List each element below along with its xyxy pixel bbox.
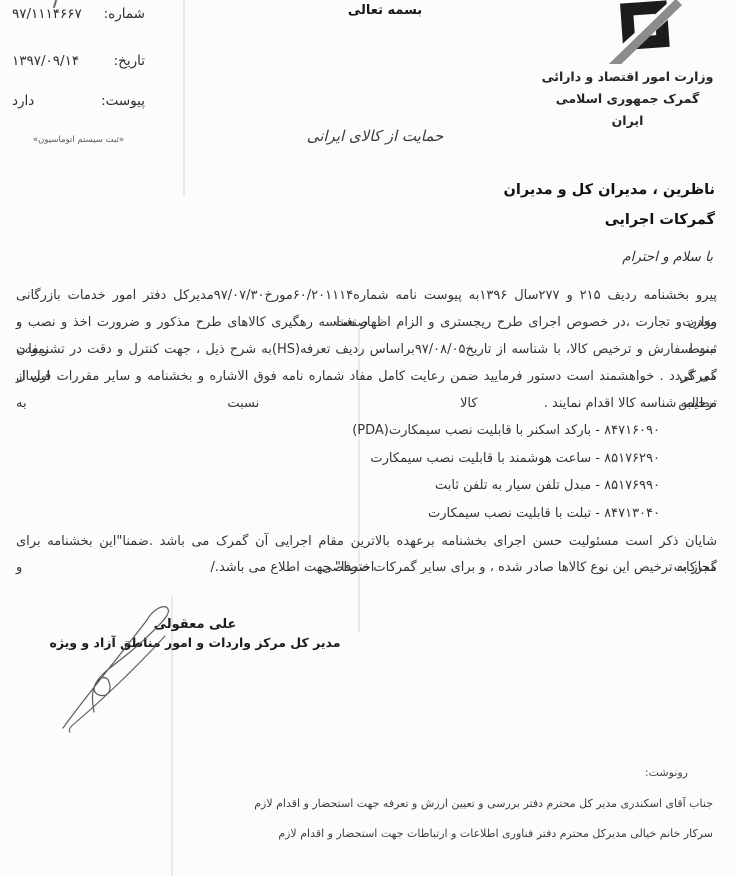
body-line: پیرو بخشنامه ردیف ۲۱۵ و ۲۷۷سال ۱۳۹۶به پی… <box>16 282 717 309</box>
organization-block: وزارت امور اقتصاد و دارائی گمرک جمهوری ا… <box>540 66 715 132</box>
signature-scribble <box>55 596 245 741</box>
organization-name: گمرک جمهوری اسلامی ایران <box>540 88 715 132</box>
ministry-name: وزارت امور اقتصاد و دارائی <box>540 66 715 88</box>
cc-line: جناب آقای اسکندری مدیر کل محترم دفتر برر… <box>254 789 713 819</box>
hs-code-item: ۸۴۷۱۶۰۹۰ - بارکد اسکنر با قابلیت نصب سیم… <box>352 417 660 445</box>
greeting-text: با سلام و احترام <box>622 249 713 265</box>
hs-code-item: ۸۵۱۷۶۲۹۰ - ساعت هوشمند با قابلیت نصب سیم… <box>352 445 660 473</box>
cc-list: جناب آقای اسکندری مدیر کل محترم دفتر برر… <box>254 789 713 849</box>
bismillah-heading: بسمه تعالی <box>330 3 440 18</box>
attachment-row: پیوست: دارد <box>12 93 145 113</box>
closing-line: شایان ذکر است مسئولیت حسن اجرای بخشنامه … <box>16 529 717 555</box>
cc-line: سرکار خانم خیالی مدیرکل محترم دفتر فناور… <box>254 819 713 849</box>
hs-code-item: ۸۵۱۷۶۹۹۰ - مبدل تلفن سیار به تلفن ثابت <box>352 472 660 500</box>
letter-body: پیرو بخشنامه ردیف ۲۱۵ و ۲۷۷سال ۱۳۹۶به پی… <box>16 282 717 417</box>
body-line: ثبت سفارش و ترخیص کالا، با شناسه از تاری… <box>16 336 717 363</box>
attachment-label: پیوست: <box>101 93 145 113</box>
letter-meta: شماره: ۹۷/۱۱۱۴۶۶۷ تاریخ: ۱۳۹۷/۰۹/۱۴ پیوس… <box>12 6 145 145</box>
recipient-block: ناظرین ، مدیران کل و مدیران گمرکات اجرای… <box>503 175 715 235</box>
hs-code-list: ۸۴۷۱۶۰۹۰ - بارکد اسکنر با قابلیت نصب سیم… <box>352 417 660 527</box>
number-value: ۹۷/۱۱۱۴۶۶۷ <box>12 6 82 26</box>
letter-page: شماره: ۹۷/۱۱۱۴۶۶۷ تاریخ: ۱۳۹۷/۰۹/۱۴ پیوس… <box>0 0 735 876</box>
scan-fold-line <box>183 0 185 196</box>
date-label: تاریخ: <box>114 53 145 73</box>
letter-number-row: شماره: ۹۷/۱۱۱۴۶۶۷ <box>12 6 145 26</box>
year-slogan: حمایت از کالای ایرانی <box>260 127 490 145</box>
attachment-value: دارد <box>12 93 34 113</box>
recipient-line1: ناظرین ، مدیران کل و مدیران <box>503 175 715 205</box>
recipient-line2: گمرکات اجرایی <box>503 205 715 235</box>
hs-code-item: ۸۴۷۱۳۰۴۰ - تبلت با قابلیت نصب سیمکارت <box>352 500 660 528</box>
letter-date-row: تاریخ: ۱۳۹۷/۰۹/۱۴ <box>12 53 145 73</box>
date-value: ۱۳۹۷/۰۹/۱۴ <box>12 53 79 73</box>
body-line: می گردد . خواهشمند است دستور فرمایید ضمن… <box>16 363 717 390</box>
cc-label: رونوشت: <box>645 766 688 779</box>
closing-paragraph: شایان ذکر است مسئولیت حسن اجرای بخشنامه … <box>16 529 717 581</box>
customs-logo-icon <box>606 0 684 64</box>
body-line: معدن و تجارت ،در خصوص اجرای طرح ریجستری … <box>16 309 717 336</box>
automation-note: «ثبت سیستم اتوماسیون» <box>12 135 145 145</box>
number-label: شماره: <box>104 6 145 26</box>
